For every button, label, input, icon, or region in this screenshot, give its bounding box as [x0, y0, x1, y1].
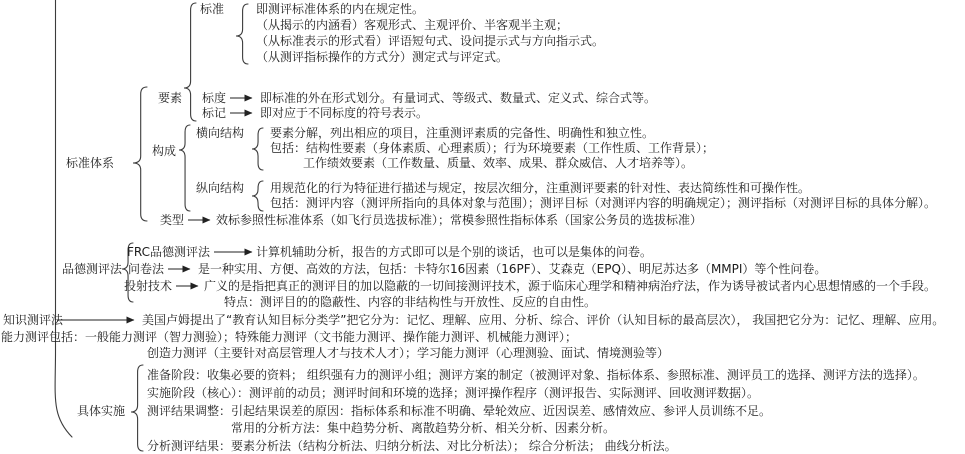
scale-label: 标度 — [202, 92, 226, 105]
projective-text: 广义的是指把真正的测评目的加以隐蔽的一切间接测评技术，源于临床心理学和精神病治疗… — [204, 280, 936, 293]
vertical-line: 包括：测评内容（测评所指向的具体对象与范围）；测评目标（对测评内容的明确规定）；… — [270, 197, 936, 210]
horizontal-brace — [252, 128, 263, 170]
scale-text: 即标准的外在形式划分。有量词式、等级式、数量式、定义式、综合式等。 — [260, 92, 656, 105]
mindmap-canvas: 标准体系 标准 即测评标准体系的内在规定性。 （从揭示的内涵看）客观形式、主观评… — [0, 0, 965, 454]
implementation-line: 常用的分析方法：集中趋势分析、离散趋势分析、相关分析、因素分析。 — [231, 422, 615, 435]
moral-label: 品德测评法 — [62, 263, 122, 276]
horizontal-line: 工作绩效要素（工作数量、质量、效率、成果、群众威信、人才培养等）。 — [303, 157, 693, 170]
criterion-line: （从测评指标操作的方式分）测定式与评定式。 — [256, 51, 508, 64]
horizontal-label: 横向结构 — [196, 127, 244, 140]
criterion-brace — [236, 4, 248, 64]
criterion-label: 标准 — [200, 3, 224, 16]
criterion-line: （从揭示的内涵看）客观形式、主观评价、半客观半主观； — [256, 19, 568, 32]
implementation-label: 具体实施 — [77, 405, 125, 418]
mark-label: 标记 — [202, 107, 226, 120]
frc-text: 计算机辅助分析，报告的方式即可以是个别的谈话，也可以是集体的问卷。 — [256, 246, 652, 259]
questionnaire-text: 是一种实用、方便、高效的方法，包括：卡特尔16因素（16PF）、艾森克（EPQ）… — [198, 263, 826, 276]
projective-feature: 特点：测评目的的隐蔽性、内容的非结构性与开放性、反应的自由性。 — [224, 296, 596, 309]
mark-text: 即对应于不同标度的符号表示。 — [260, 107, 428, 120]
composition-brace — [179, 125, 190, 211]
standard-system-brace — [133, 87, 147, 221]
ability-line: 能力测评包括：一般能力测评（智力测验）；特殊能力测评（文书能力测评、操作能力测评… — [1, 331, 577, 344]
questionnaire-label: 问卷法 — [128, 263, 164, 276]
implementation-line: 分析测评结果：要素分析法（结构分析法、归纳分析法、对比分析法）； 综合分析法； … — [147, 440, 677, 453]
root-brace — [55, 0, 72, 437]
horizontal-line: 包括：结构性要素（身体素质、心理素质）；行为环境要素（工作性质、工作背景）； — [270, 142, 714, 155]
implementation-line: 测评结果调整：引起结果误差的原因：指标体系和标准不明确、晕轮效应、近因误差、感情… — [147, 405, 771, 418]
implementation-brace — [131, 365, 143, 451]
frc-label: FRC品德测评法 — [127, 246, 210, 259]
knowledge-text: 美国卢姆提出了“教育认知目标分类学”把它分为：记忆、理解、应用、分析、综合、评价… — [142, 314, 944, 327]
type-label: 类型 — [160, 214, 184, 227]
knowledge-label: 知识测评法 — [3, 314, 63, 327]
criterion-line: 即测评标准体系的内在规定性。 — [256, 3, 424, 16]
element-label: 要素 — [158, 92, 182, 105]
element-brace — [184, 3, 196, 121]
implementation-line: 准备阶段：收集必要的资料； 组织强有力的测评小组；测评方案的制定（被测评对象、指… — [147, 369, 925, 382]
criterion-line: （从标准表示的形式看）评语短句式、设问提示式与方向指示式。 — [256, 35, 604, 48]
vertical-label: 纵向结构 — [196, 182, 244, 195]
ability-line: 创造力测评（主要针对高层管理人才与技术人才）；学习能力测评（心理测验、面试、情境… — [147, 347, 669, 360]
vertical-line: 用规范化的行为特征进行描述与规定，按层次细分，注重测评要素的针对性、表达简练性和… — [270, 182, 810, 195]
composition-label: 构成 — [152, 145, 176, 158]
horizontal-line: 要素分解，列出相应的项目，注重测评素质的完备性、明确性和独立性。 — [270, 127, 654, 140]
implementation-line: 实施阶段（核心）：测评前的动员；测评时间和环境的选择；测评操作程序（测评报告、实… — [147, 387, 759, 400]
vertical-brace — [252, 181, 263, 211]
standard-system-label: 标准体系 — [66, 157, 114, 170]
type-text: 效标参照性标准体系（如飞行员选拔标准）；常模参照性指标体系（国家公务员的选拔标准… — [216, 214, 702, 227]
projective-label: 投射技术 — [124, 280, 172, 293]
